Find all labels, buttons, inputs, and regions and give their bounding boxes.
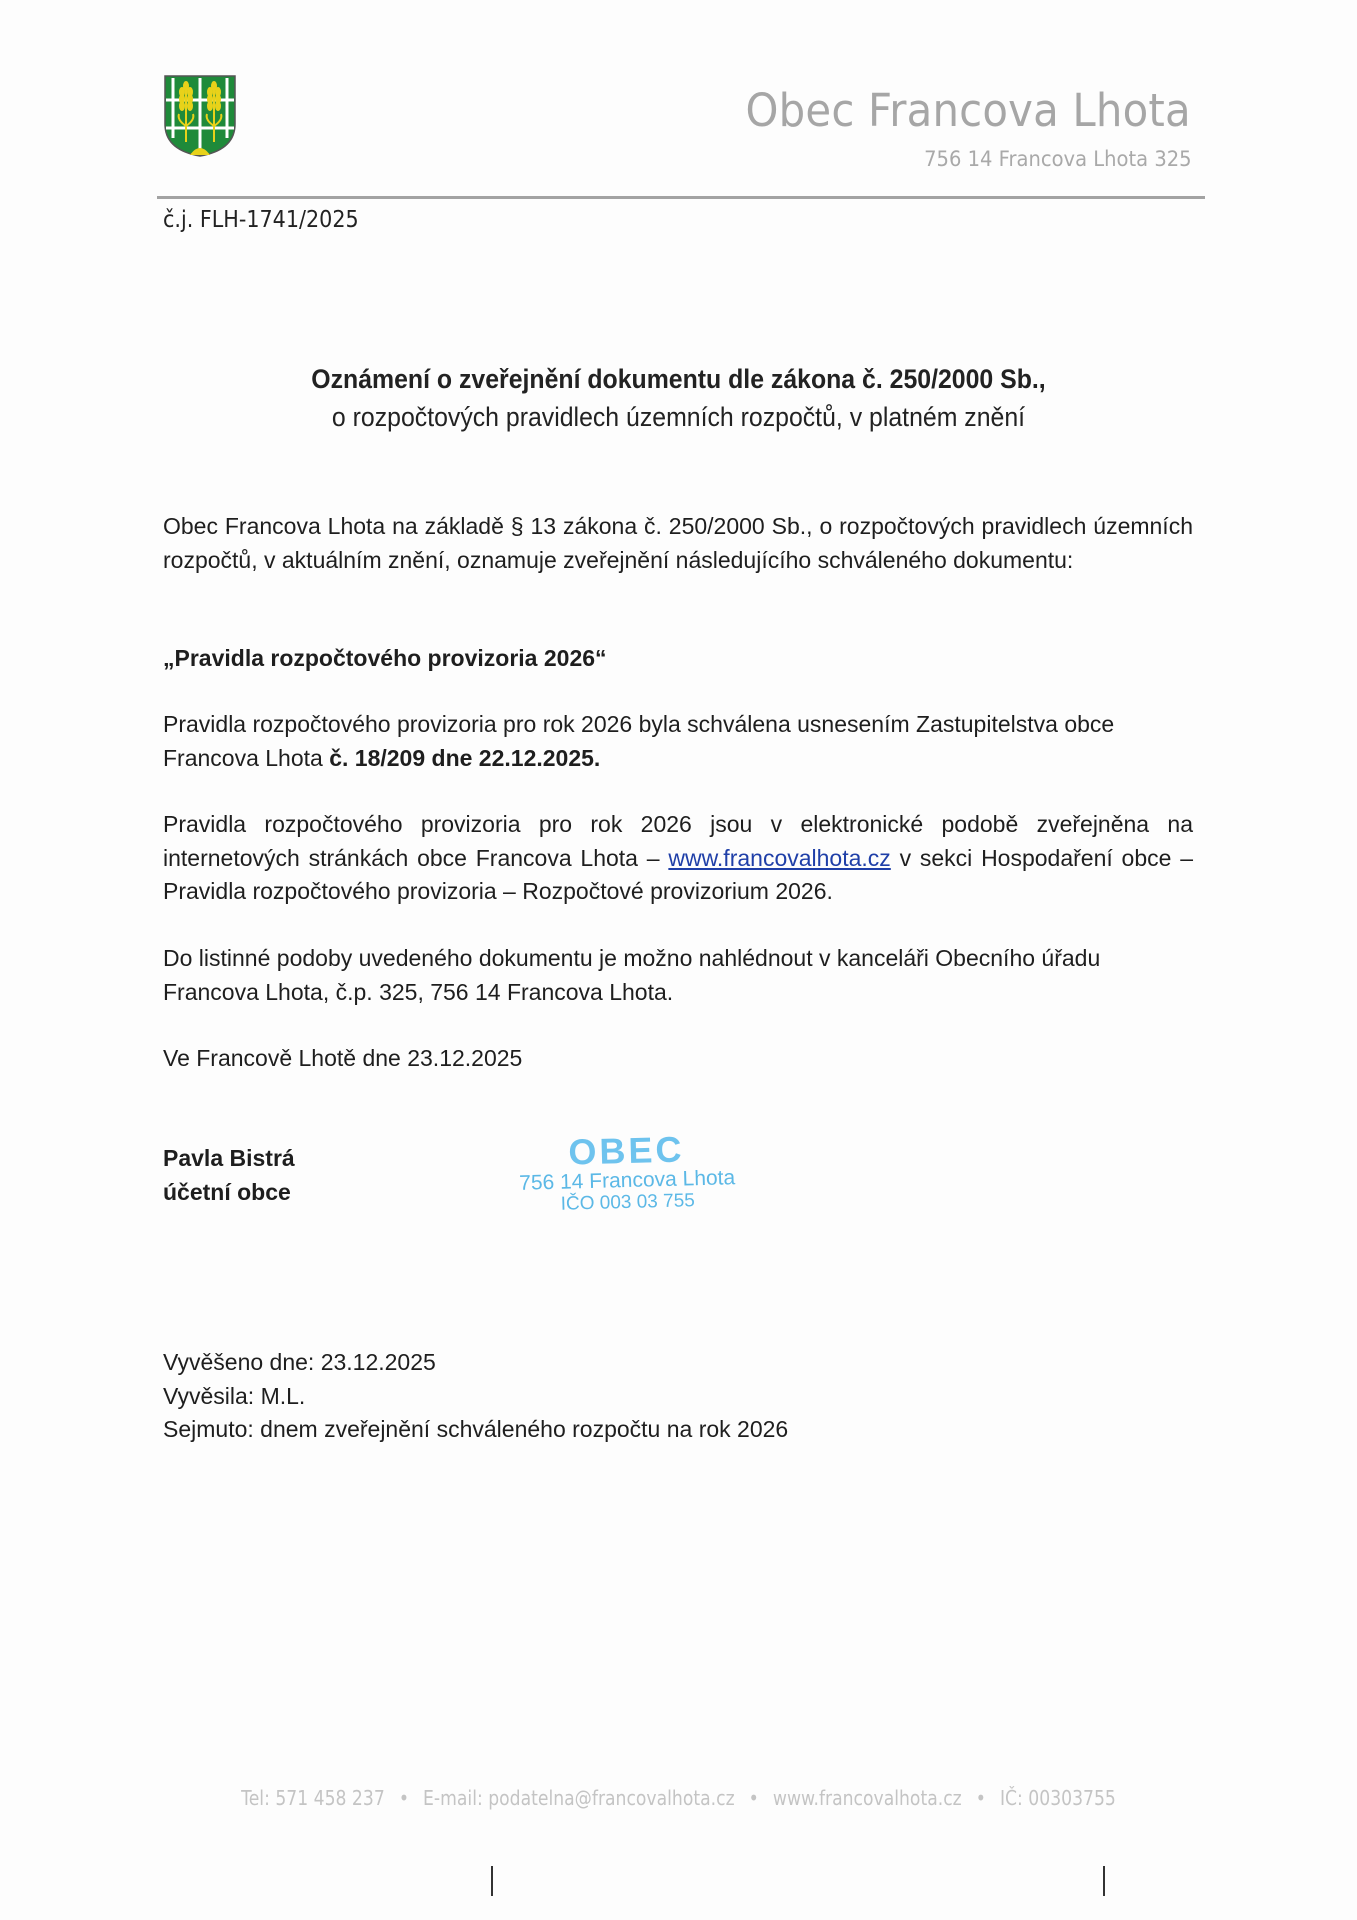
approval-paragraph: Pravidla rozpočtového provizoria pro rok… [163,708,1193,775]
title-line-2: o rozpočtových pravidlech územních rozpo… [54,398,1302,436]
document-title: Oznámení o zveřejnění dokumentu dle záko… [0,360,1357,436]
website-link[interactable]: www.francovalhota.cz [668,845,890,871]
reference-number: č.j. FLH-1741/2025 [163,207,359,233]
official-stamp: OBEC 756 14 Francova Lhota IČO 003 03 75… [501,1130,753,1218]
approval-text: Pravidla rozpočtového provizoria pro rok… [163,711,1114,771]
punch-mark [1103,1866,1105,1896]
bullet-separator-icon: • [749,1786,759,1810]
title-line-1: Oznámení o zveřejnění dokumentu dle záko… [54,360,1302,398]
posted-date: Vyvěšeno dne: 23.12.2025 [163,1346,1193,1380]
intro-paragraph: Obec Francova Lhota na základě § 13 záko… [163,510,1193,577]
document-page: Obec Francova Lhota 756 14 Francova Lhot… [0,0,1357,1920]
removal-note: Sejmuto: dnem zveřejnění schváleného roz… [163,1413,1193,1447]
bullet-separator-icon: • [399,1786,409,1810]
organization-name: Obec Francova Lhota [746,84,1191,137]
place-date: Ve Francově Lhotě dne 23.12.2025 [163,1042,1193,1076]
posted-by: Vyvěsila: M.L. [163,1380,1193,1414]
coat-of-arms-icon [163,74,237,158]
header-divider [157,196,1205,199]
document-name: „Pravidla rozpočtového provizoria 2026“ [163,642,1193,676]
inspection-paragraph: Do listinné podoby uvedeného dokumentu j… [163,942,1193,1009]
publication-paragraph: Pravidla rozpočtového provizoria pro rok… [163,808,1193,909]
approval-resolution: č. 18/209 dne 22.12.2025. [329,745,600,771]
organization-address: 756 14 Francova Lhota 325 [925,147,1192,171]
footer-email: E-mail: podatelna@francovalhota.cz [423,1786,735,1810]
footer-phone: Tel: 571 458 237 [241,1786,385,1810]
bullet-separator-icon: • [976,1786,986,1810]
posting-info: Vyvěšeno dne: 23.12.2025 Vyvěsila: M.L. … [163,1346,1193,1447]
punch-mark [491,1866,493,1896]
footer-contacts: Tel: 571 458 237 • E-mail: podatelna@fra… [95,1786,1262,1810]
footer-web: www.francovalhota.cz [773,1786,962,1810]
footer-ic: IČ: 00303755 [1000,1786,1116,1810]
